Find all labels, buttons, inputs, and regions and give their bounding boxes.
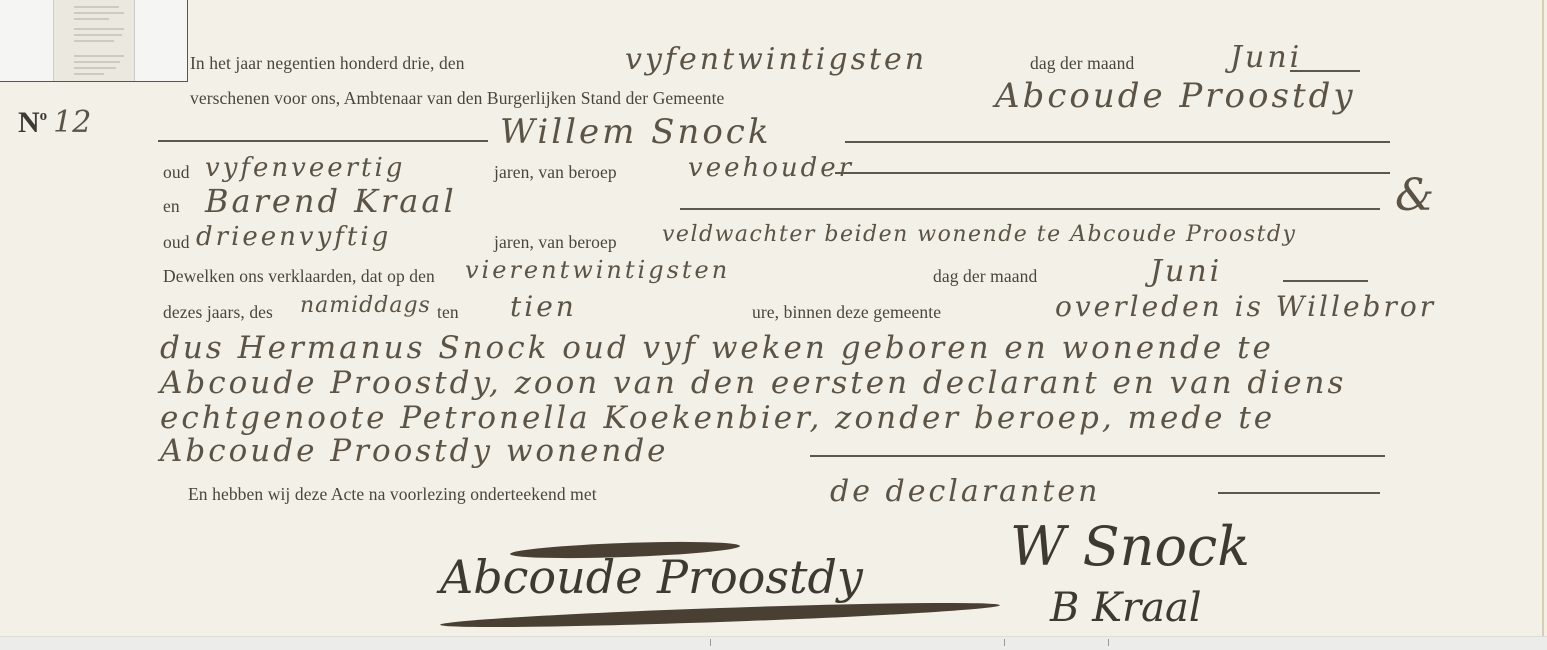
printed-text: jaren, van beroep — [494, 162, 617, 183]
handwritten-body-line: echtgenoote Petronella Koekenbier, zonde… — [160, 400, 1275, 436]
signature-declarant-2: B Kraal — [1050, 585, 1202, 631]
handwritten-date-day: vyfentwintigsten — [625, 42, 927, 77]
handwritten-occupation-1: veehouder — [688, 153, 854, 183]
handwritten-declarant-1-name: Willem Snock — [500, 112, 771, 152]
handwritten-body-line: dus Hermanus Snock oud vyf weken geboren… — [160, 330, 1274, 366]
flourish-mark: & — [1395, 170, 1434, 221]
handwritten-age-2: drieenvyftig — [196, 222, 391, 252]
printed-text: jaren, van beroep — [494, 232, 617, 253]
handwritten-time-of-day: namiddags — [300, 293, 431, 318]
printed-text: dag der maand — [1030, 53, 1134, 74]
handwritten-deceased-start: overleden is Willebror — [1055, 290, 1436, 323]
toolbar-separator — [1004, 639, 1005, 646]
printed-text: oud — [163, 232, 190, 253]
paper-edge — [1542, 0, 1544, 636]
printed-text: ten — [437, 302, 459, 323]
thumbnail-navigator[interactable] — [0, 0, 188, 82]
printed-text: Dewelken ons verklaarden, dat op den — [163, 266, 435, 287]
handwritten-body-line: Abcoude Proostdy, zoon van den eersten d… — [160, 365, 1346, 401]
printed-text: In het jaar negentien honderd drie, den — [190, 53, 465, 74]
printed-text: dezes jaars, des — [163, 302, 273, 323]
signature-official: Abcoude Proostdy — [440, 550, 863, 604]
printed-text: ure, binnen deze gemeente — [752, 302, 941, 323]
handwritten-death-month: Juni — [1150, 254, 1222, 289]
thumbnail-page[interactable] — [53, 0, 135, 81]
printed-text: verschenen voor ons, Ambtenaar van den B… — [190, 88, 724, 109]
handwritten-occupation-2: veldwachter beiden wonende te Abcoude Pr… — [662, 222, 1296, 247]
handwritten-declarant-2-name: Barend Kraal — [205, 182, 457, 220]
handwritten-municipality: Abcoude Proostdy — [995, 76, 1356, 116]
printed-text: oud — [163, 162, 190, 183]
printed-text: En hebben wij deze Acte na voorlezing on… — [188, 484, 597, 505]
toolbar-separator — [710, 639, 711, 646]
handwritten-death-day: vierentwintigsten — [465, 256, 730, 284]
handwritten-age-1: vyfenveertig — [205, 153, 405, 183]
handwritten-signatories: de declaranten — [830, 474, 1100, 509]
handwritten-hour: tien — [510, 290, 577, 323]
document-viewer[interactable]: No12 In het jaar negentien honderd drie,… — [0, 0, 1547, 636]
toolbar-separator — [1108, 639, 1109, 646]
viewer-toolbar[interactable] — [0, 636, 1547, 650]
acte-number: No12 — [18, 105, 91, 140]
printed-text: en — [163, 196, 180, 217]
printed-text: dag der maand — [933, 266, 1037, 287]
handwritten-body-line: Abcoude Proostdy wonende — [160, 433, 669, 469]
signature-declarant-1: W Snock — [1010, 515, 1250, 578]
